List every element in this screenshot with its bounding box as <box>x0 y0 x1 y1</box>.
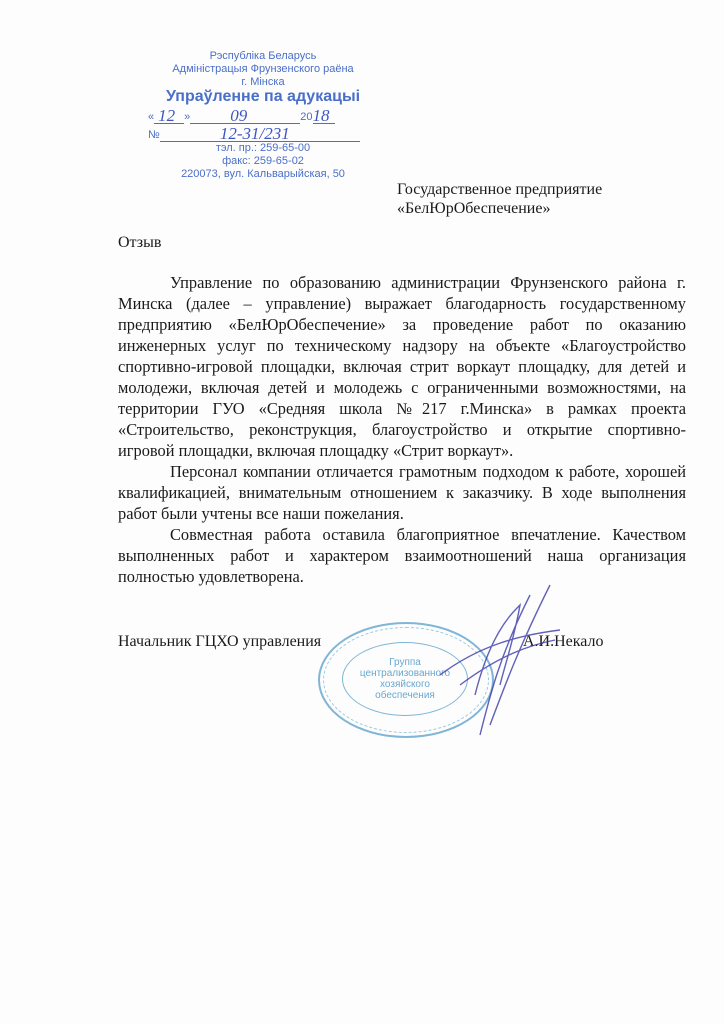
stamp-country: Рэспубліка Беларусь <box>148 50 378 63</box>
stamp-date-year: 18 <box>313 109 330 122</box>
paragraph-1: Управление по образованию администрации … <box>118 272 686 461</box>
stamp-number-row: № 12-31/231 <box>148 124 378 142</box>
stamp-number-label: № <box>148 129 160 142</box>
stamp-department: Упраўленне па адукацыі <box>148 88 378 106</box>
stamp-year-prefix: 20 <box>300 111 312 124</box>
stamp-number-value: 12-31/231 <box>220 127 290 140</box>
paragraph-2: Персонал компании отличается грамотным п… <box>118 461 686 524</box>
registration-stamp: Рэспубліка Беларусь Адміністрацыя Фрунзе… <box>148 50 378 181</box>
stamp-fax: факс: 259-65-02 <box>148 155 378 168</box>
handwritten-signature-icon <box>420 575 570 745</box>
addressee-line-1: Государственное предприятие <box>397 180 602 199</box>
stamp-date-month: 09 <box>230 109 247 122</box>
signer-position: Начальник ГЦХО управления <box>118 633 321 650</box>
stamp-administration: Адміністрацыя Фрунзенского раёна <box>148 63 378 76</box>
paragraph-3: Совместная работа оставила благоприятное… <box>118 524 686 587</box>
addressee: Государственное предприятие «БелЮрОбеспе… <box>397 180 602 218</box>
document-title: Отзыв <box>118 234 161 252</box>
stamp-date-row: « 12 » 09 20 18 <box>148 106 378 124</box>
addressee-line-2: «БелЮрОбеспечение» <box>397 199 602 218</box>
stamp-address: 220073, вул. Кальварыйская, 50 <box>148 168 378 181</box>
document-body: Управление по образованию администрации … <box>118 272 686 587</box>
stamp-phone: тэл. пр.: 259-65-00 <box>148 142 378 155</box>
stamp-date-day: 12 <box>158 109 175 122</box>
